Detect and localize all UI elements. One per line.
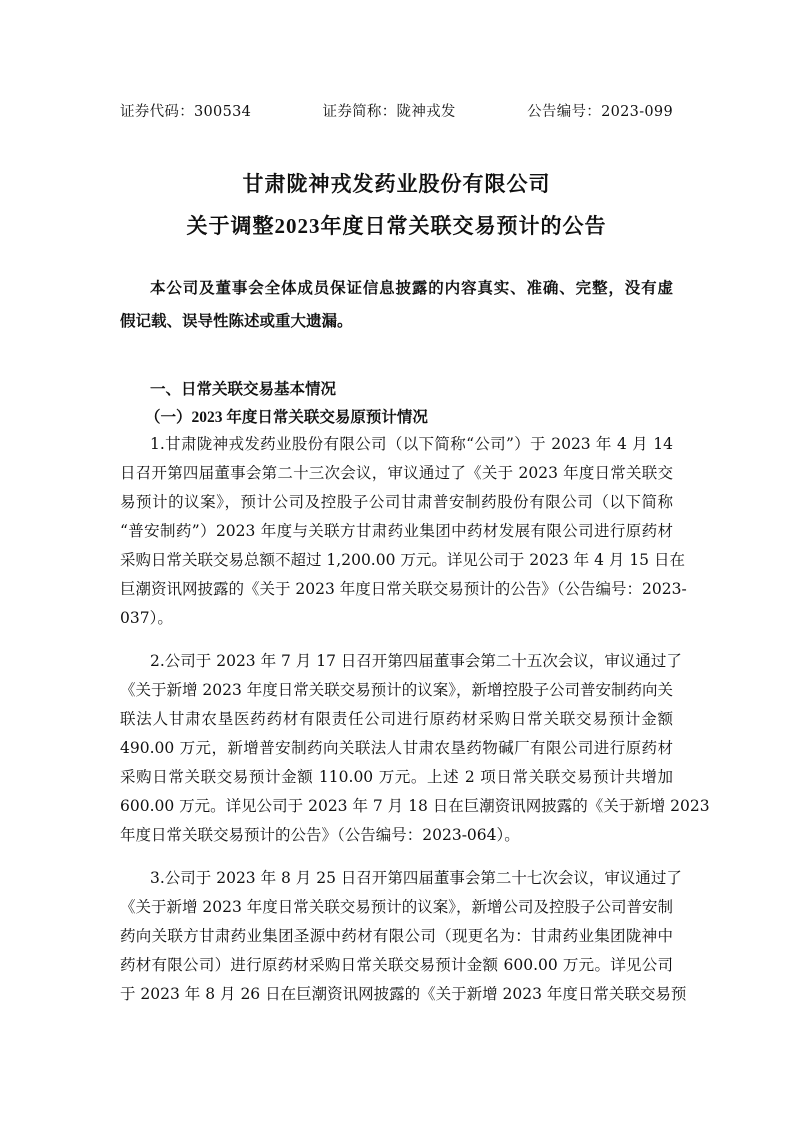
paragraph-line: 药向关联方甘肃药业集团圣源中药材有限公司（现更名为：甘肃药业集团陇神中 [120,926,673,946]
stock-abbreviation: 证券简称：陇神戎发 [323,100,456,121]
statement-line: 假记载、误导性陈述或重大遗漏。 [120,312,673,332]
announcement-title: 关于调整2023年度日常关联交易预计的公告 [0,210,793,240]
paragraph-line: 易预计的议案》，预计公司及控股子公司甘肃普安制药股份有限公司（以下简称 [120,492,673,512]
paragraph-line: 490.00 万元，新增普安制药向关联法人甘肃农垦药物碱厂有限公司进行原药材 [120,738,673,758]
section-heading: 一、日常关联交易基本情况 [150,377,336,399]
paragraph-line: 《关于新增 2023 年度日常关联交易预计的议案》，新增公司及控股子公司普安制 [120,897,673,917]
document-page: 证券代码：300534 证券简称：陇神戎发 公告编号：2023-099 甘肃陇神… [0,0,793,1122]
statement-line: 本公司及董事会全体成员保证信息披露的内容真实、准确、完整，没有虚 [150,279,673,299]
paragraph-line: 1.甘肃陇神戎发药业股份有限公司（以下简称“公司”）于 2023 年 4 月 1… [150,434,673,454]
subsection-heading: （一）2023 年度日常关联交易原预计情况 [145,405,428,427]
paragraph-line: 联法人甘肃农垦医药药材有限责任公司进行原药材采购日常关联交易预计金额 [120,709,673,729]
announcement-header: 证券代码：300534 证券简称：陇神戎发 公告编号：2023-099 [120,100,673,121]
paragraph-line: 3.公司于 2023 年 8 月 25 日召开第四届董事会第二十七次会议，审议通… [150,868,673,888]
paragraph-line: 巨潮资讯网披露的《关于 2023 年度日常关联交易预计的公告》（公告编号：202… [120,579,673,599]
paragraph-line: 037）。 [120,608,673,628]
paragraph-line: 药材有限公司）进行原药材采购日常关联交易预计金额 600.00 万元。详见公司 [120,955,673,975]
paragraph-line: 于 2023 年 8 月 26 日在巨潮资讯网披露的《关于新增 2023 年度日… [120,984,673,1004]
paragraph-line: 《关于新增 2023 年度日常关联交易预计的议案》，新增控股子公司普安制药向关 [120,680,673,700]
paragraph-line: 年度日常关联交易预计的公告》（公告编号：2023-064）。 [120,825,673,845]
paragraph-line: 600.00 万元。详见公司于 2023 年 7 月 18 日在巨潮资讯网披露的… [120,796,673,816]
company-title: 甘肃陇神戎发药业股份有限公司 [0,168,793,198]
paragraph-line: 采购日常关联交易预计金额 110.00 万元。上述 2 项日常关联交易预计共增加 [120,767,673,787]
paragraph-line: “普安制药”）2023 年度与关联方甘肃药业集团中药材发展有限公司进行原药材 [120,521,673,541]
paragraph-line: 采购日常关联交易总额不超过 1,200.00 万元。详见公司于 2023 年 4… [120,550,673,570]
paragraph-line: 2.公司于 2023 年 7 月 17 日召开第四届董事会第二十五次会议，审议通… [150,651,673,671]
paragraph-line: 日召开第四届董事会第二十三次会议，审议通过了《关于 2023 年度日常关联交 [120,463,673,483]
stock-code: 证券代码：300534 [120,100,251,121]
announcement-number: 公告编号：2023-099 [527,100,673,121]
